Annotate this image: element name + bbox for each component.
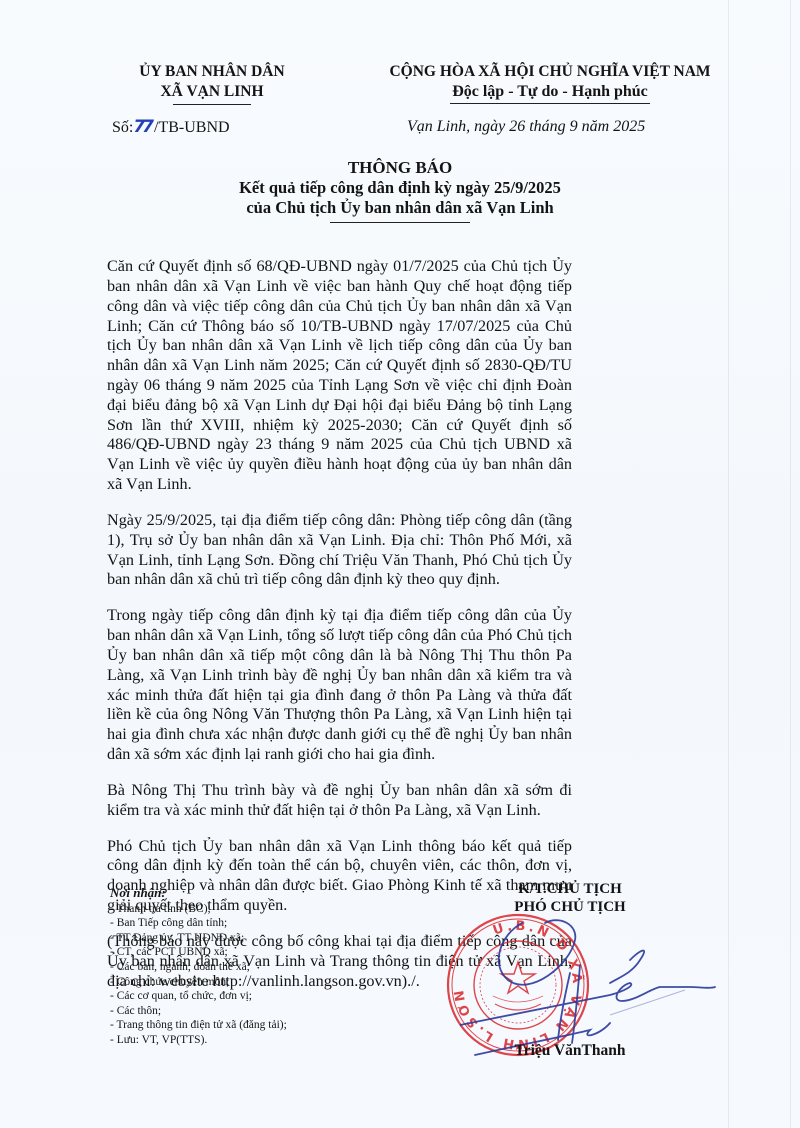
signer-name: Triệu VănThanh [440,1042,700,1060]
place-and-date: Vạn Linh, ngày 26 tháng 9 năm 2025 [407,118,645,136]
doc-number-suffix: /TB-UBND [154,119,230,136]
agency-line-2: XÃ VẠN LINH [112,82,312,102]
recipients-heading: Nơi nhận: [110,886,410,901]
recipient-item: - Công chức chuyên môn; [110,975,410,990]
recipient-item: - Các cơ quan, tổ chức, đơn vị; [110,989,410,1004]
body-paragraph: Căn cứ Quyết định số 68/QĐ-UBND ngày 01/… [107,257,572,495]
recipients-block: Nơi nhận: - Thanh tra tỉnh (BC);- Ban Ti… [110,886,410,1048]
document-number: Số:77/TB-UBND [112,117,230,137]
title-underline [330,222,470,223]
recipient-item: - Các ban, ngành, đoàn thể xã; [110,960,410,975]
body-paragraph: Ngày 25/9/2025, tại địa điểm tiếp công d… [107,511,572,590]
national-motto: Độc lập - Tự do - Hạnh phúc [330,82,770,102]
recipient-item: - CT, các PCT UBND xã; [110,945,410,960]
handwritten-number: 77 [133,117,151,137]
authority-line-1: K/T.CHỦ TỊCH [440,880,700,898]
recipients-list: - Thanh tra tỉnh (BC);- Ban Tiếp công dâ… [110,902,410,1048]
doc-number-prefix: Số: [112,119,133,136]
recipient-item: - Thanh tra tỉnh (BC); [110,902,410,917]
body-paragraph: Bà Nông Thị Thu trình bày và đề nghị Ủy … [107,781,572,821]
document-page: ỦY BAN NHÂN DÂN XÃ VẠN LINH CỘNG HÒA XÃ … [0,0,800,1128]
body-paragraph: Trong ngày tiếp công dân định kỳ tại địa… [107,606,572,764]
document-type: THÔNG BÁO [100,158,700,178]
document-title: THÔNG BÁO Kết quả tiếp công dân định kỳ … [100,158,700,223]
national-header: CỘNG HÒA XÃ HỘI CHỦ NGHĨA VIỆT NAM Độc l… [330,62,770,104]
recipient-item: - Các thôn; [110,1004,410,1019]
motto-underline [450,103,650,104]
recipient-item: - Ban Tiếp công dân tỉnh; [110,916,410,931]
handwritten-signature-icon [460,905,740,1065]
recipient-item: - TT Đảng ủy, TT HĐND xã; [110,931,410,946]
national-name: CỘNG HÒA XÃ HỘI CHỦ NGHĨA VIỆT NAM [330,62,770,82]
agency-underline [173,104,251,105]
agency-line-1: ỦY BAN NHÂN DÂN [112,62,312,82]
title-line-1: Kết quả tiếp công dân định kỳ ngày 25/9/… [100,178,700,198]
recipient-item: - Trang thông tin điện tử xã (đăng tải); [110,1018,410,1033]
scan-artifact-line [790,0,791,1128]
issuing-agency: ỦY BAN NHÂN DÂN XÃ VẠN LINH [112,62,312,105]
title-line-2: của Chủ tịch Ủy ban nhân dân xã Vạn Linh [100,198,700,218]
recipient-item: - Lưu: VT, VP(TTS). [110,1033,410,1048]
